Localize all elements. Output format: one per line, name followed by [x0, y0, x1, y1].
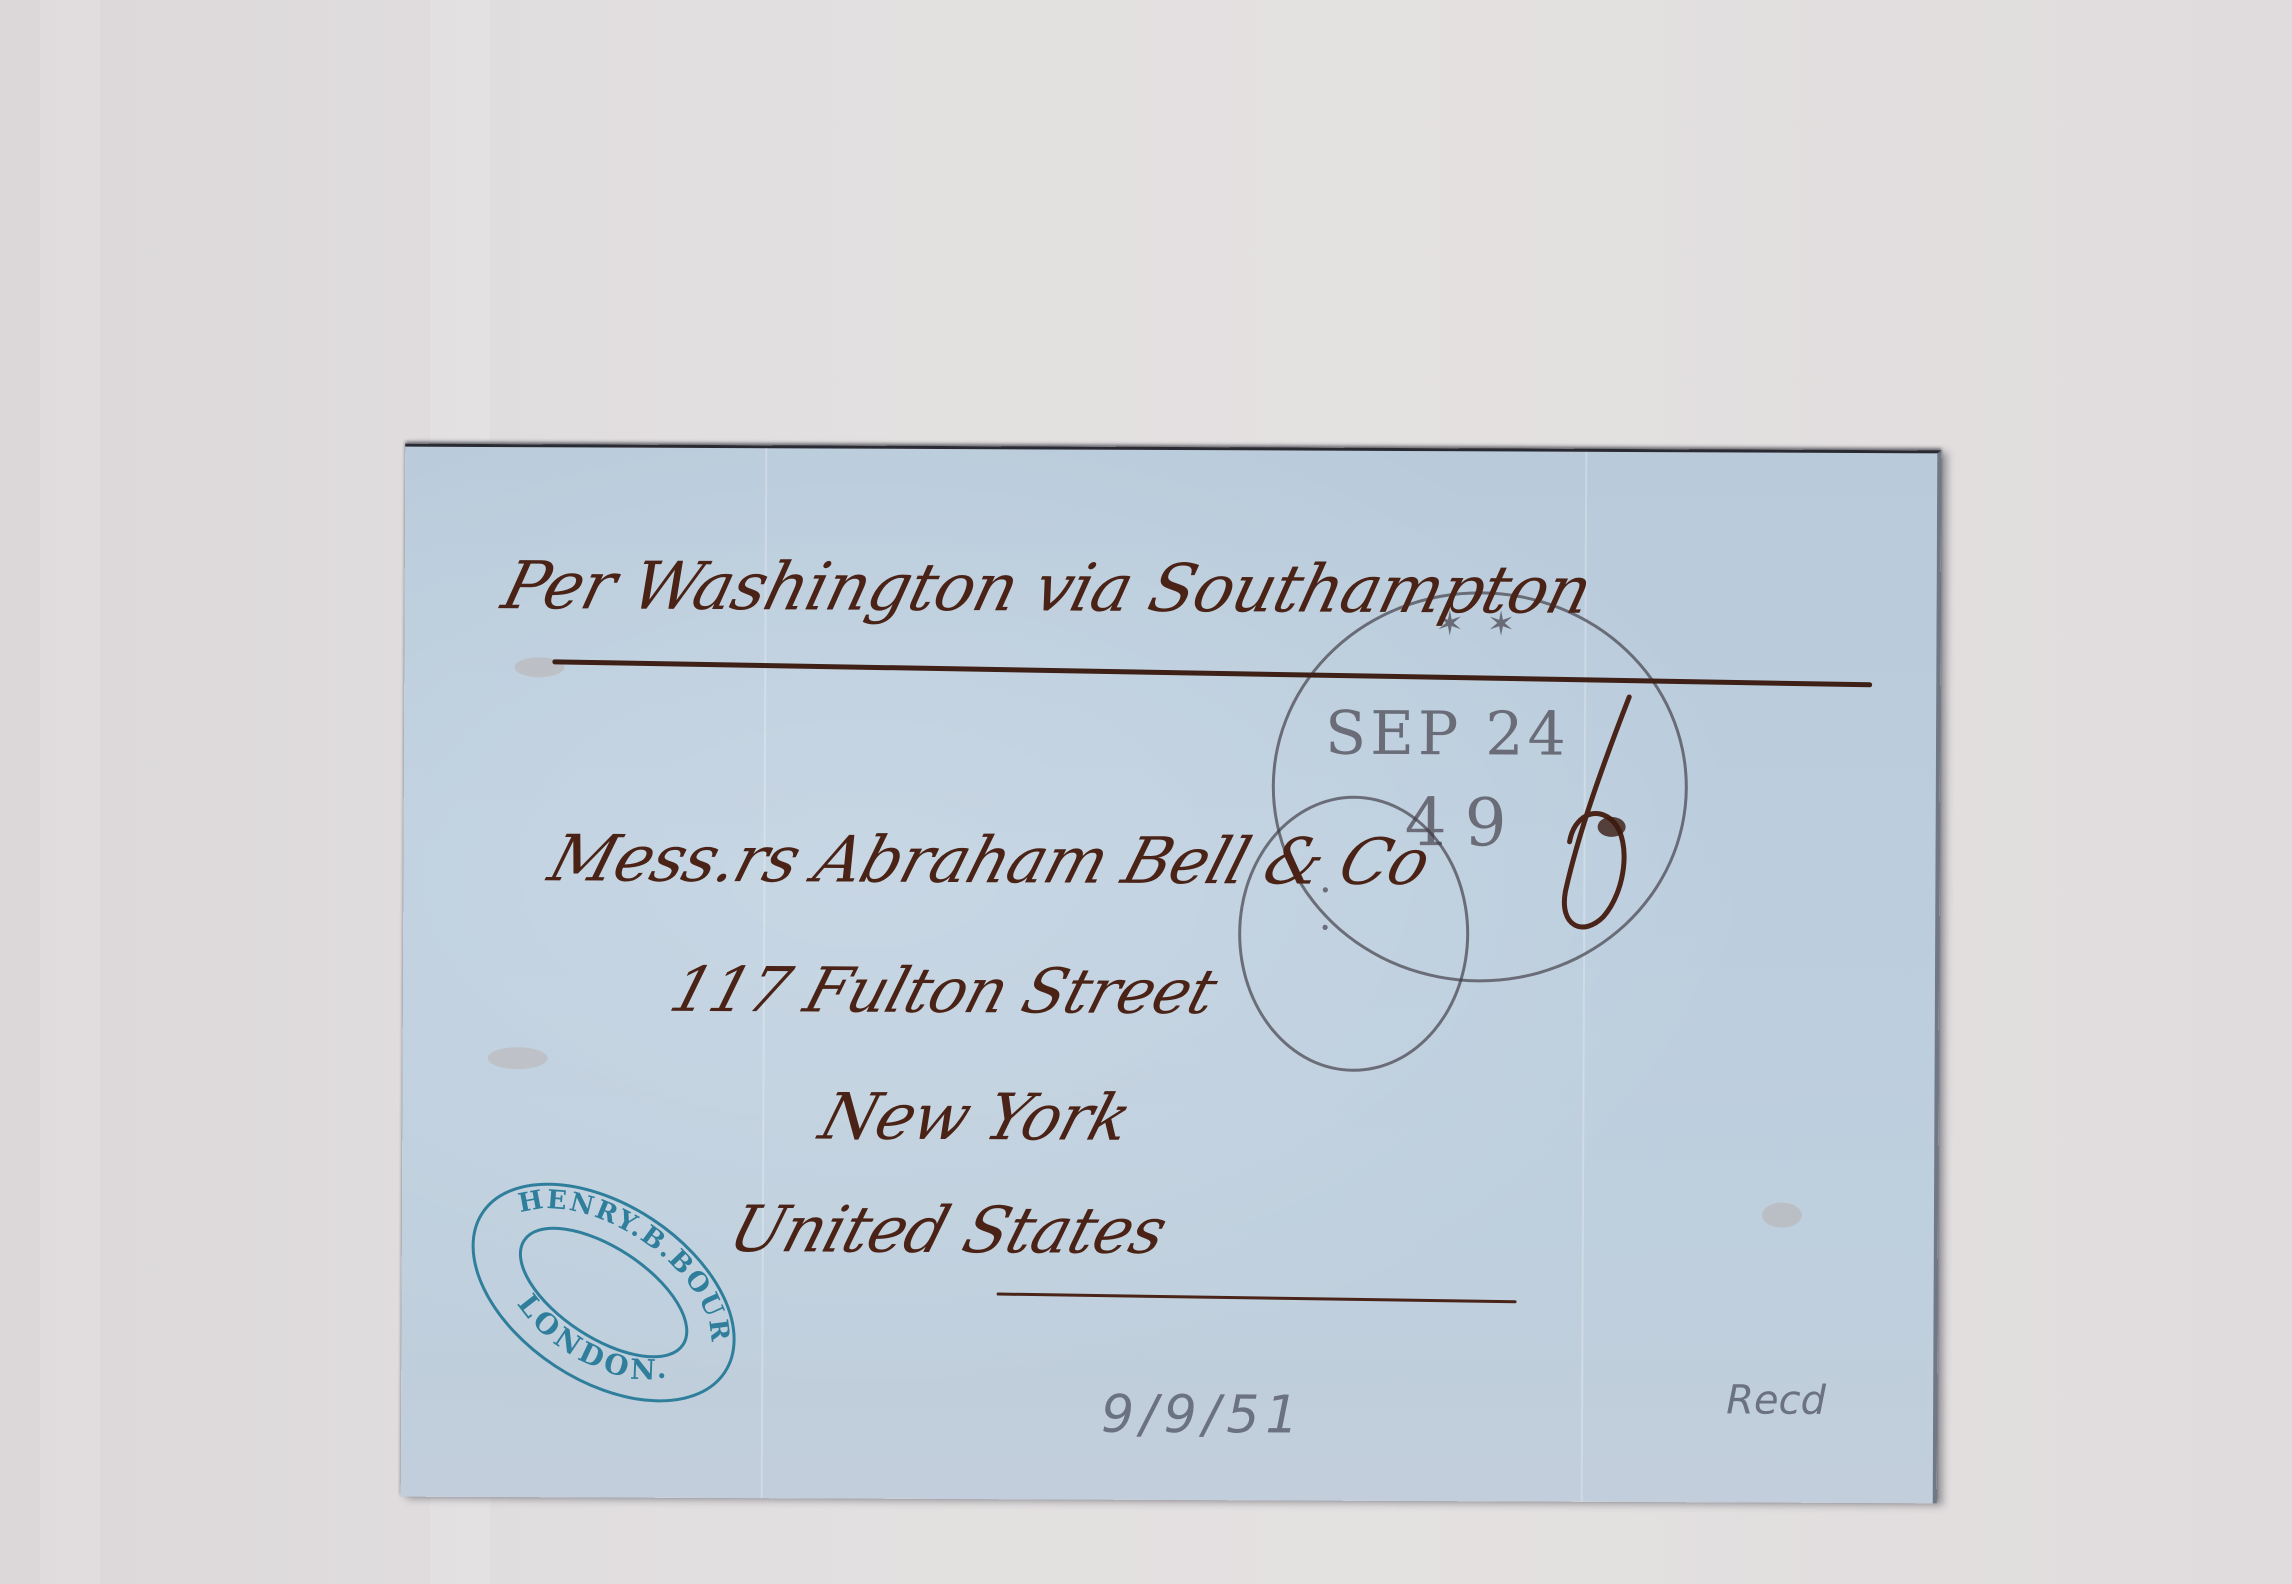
letter-cover: ✶ ✶ SEP 24 49 · · Per Washington via Sou… [401, 444, 1942, 1504]
scan-streak [40, 0, 100, 1584]
address-line-city: New York [812, 1081, 1139, 1156]
rate-marking-6 [1533, 692, 1654, 947]
endorsement-underline [552, 659, 1872, 687]
sender-oval-handstamp: HENRY.B.BOURNE & CO LONDON. [407, 1102, 800, 1484]
foxing-stain [488, 1047, 548, 1069]
address-underline [997, 1293, 1517, 1304]
address-line-street: 117 Fulton Street [662, 953, 1224, 1028]
pencil-docketing-date: 9/9/51 [1101, 1385, 1305, 1446]
pencil-received-note: Recd [1726, 1377, 1826, 1423]
routing-endorsement: Per Washington via Southampton [495, 547, 1599, 629]
address-line-country: United States [721, 1193, 1174, 1269]
handstamp-bottom-text: LONDON. [504, 1267, 685, 1416]
address-line-addressee: Mess.rs Abraham Bell & Co [541, 822, 1438, 900]
foxing-stain [1762, 1203, 1802, 1228]
